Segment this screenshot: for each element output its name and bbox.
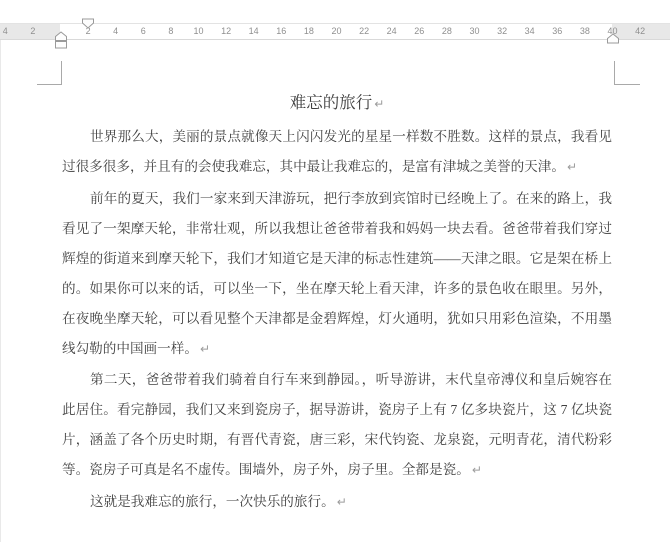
ruler-label: 22 <box>359 24 369 39</box>
paragraph-mark-icon: ↵ <box>567 160 577 174</box>
ruler-label: 26 <box>414 24 424 39</box>
ruler-label: 20 <box>331 24 341 39</box>
ruler-label: 36 <box>552 24 562 39</box>
text-line[interactable]: 此居住。看完静园，我们又来到瓷房子，据导游讲，瓷房子上有 7 亿多块瓷片，这 7… <box>62 395 612 425</box>
paragraph-mark-icon: ↵ <box>374 97 384 111</box>
text-line[interactable]: 看见了一架摩天轮，非常壮观，所以我想让爸爸带着我和妈妈一块去看。爸爸带着我们穿过 <box>62 214 612 244</box>
paragraph-mark-icon: ↵ <box>337 495 347 509</box>
paragraph: 前年的夏天，我们一家来到天津游玩，把行李放到宾馆时已经晚上了。在来的路上，我看见… <box>62 184 612 364</box>
paragraph-mark-icon: ↵ <box>200 342 210 356</box>
ruler-label: 8 <box>168 24 173 39</box>
text-line[interactable]: 世界那么大，美丽的景点就像天上闪闪发光的星星一样数不胜数。这样的景点，我看见 <box>62 122 612 152</box>
ruler-label: 18 <box>304 24 314 39</box>
word-document-window: 4224681012141618202224262830323436384042… <box>0 0 670 542</box>
text-line[interactable]: 片，涵盖了各个历史时期，有晋代青瓷，唐三彩，宋代钧瓷、龙泉瓷，元明青花，清代粉彩 <box>62 425 612 455</box>
text-line[interactable]: 前年的夏天，我们一家来到天津游玩，把行李放到宾馆时已经晚上了。在来的路上，我 <box>62 184 612 214</box>
left-indent-marker <box>55 42 66 49</box>
ruler-label: 30 <box>469 24 479 39</box>
text-line[interactable]: 过很多很多，并且有的会使我难忘，其中最让我难忘的，是富有津城之美誉的天津。↵ <box>62 152 612 182</box>
hanging-indent-marker[interactable] <box>54 31 68 49</box>
paragraph: 这就是我难忘的旅行，一次快乐的旅行。↵ <box>62 487 612 517</box>
text-line[interactable]: 线勾勒的中国画一样。↵ <box>62 334 612 364</box>
ruler-label: 12 <box>221 24 231 39</box>
document-title[interactable]: 难忘的旅行↵ <box>62 88 612 119</box>
title-text: 难忘的旅行 <box>290 93 373 112</box>
page-left-edge <box>0 23 1 542</box>
text-line[interactable]: 第二天，爸爸带着我们骑着自行车来到静园。，听导游讲，末代皇帝溥仪和皇后婉容在 <box>62 365 612 395</box>
ruler-label: 4 <box>113 24 118 39</box>
paragraph-mark-icon: ↵ <box>472 463 482 477</box>
ruler-label: 14 <box>249 24 259 39</box>
ruler-label: 16 <box>276 24 286 39</box>
ruler-label: 4 <box>3 24 8 39</box>
ruler-label: 24 <box>387 24 397 39</box>
text-line[interactable]: 这就是我难忘的旅行，一次快乐的旅行。↵ <box>62 487 612 517</box>
ruler-label: 6 <box>141 24 146 39</box>
ruler-label: 32 <box>497 24 507 39</box>
ruler-label: 28 <box>442 24 452 39</box>
text-line[interactable]: 等。瓷房子可真是名不虚传。围墙外，房子外，房子里。全都是瓷。↵ <box>62 455 612 485</box>
crop-mark-top-right <box>608 58 648 90</box>
text-line[interactable]: 辉煌的街道来到摩天轮下，我们才知道它是天津的标志性建筑——天津之眼。它是架在桥上 <box>62 244 612 274</box>
text-line[interactable]: 在夜晚坐摩天轮，可以看见整个天津都是金碧辉煌，灯火通明，犹如只用彩色渲染，不用墨 <box>62 304 612 334</box>
document-body: 世界那么大，美丽的景点就像天上闪闪发光的星星一样数不胜数。这样的景点，我看见过很… <box>62 122 612 517</box>
horizontal-ruler[interactable]: 4224681012141618202224262830323436384042 <box>0 23 670 40</box>
ruler-label: 34 <box>525 24 535 39</box>
crop-mark-top-left <box>30 58 70 90</box>
ruler-label: 38 <box>580 24 590 39</box>
text-line[interactable]: 的。如果你可以来的话，可以坐一下，坐在摩天轮上看天津，许多的景色收在眼里。另外， <box>62 274 612 304</box>
ruler-label: 2 <box>30 24 35 39</box>
paragraph: 世界那么大，美丽的景点就像天上闪闪发光的星星一样数不胜数。这样的景点，我看见过很… <box>62 122 612 182</box>
document-page[interactable]: 难忘的旅行↵ 世界那么大，美丽的景点就像天上闪闪发光的星星一样数不胜数。这样的景… <box>62 88 612 518</box>
paragraph: 第二天，爸爸带着我们骑着自行车来到静园。，听导游讲，末代皇帝溥仪和皇后婉容在此居… <box>62 365 612 485</box>
ruler-label: 10 <box>193 24 203 39</box>
right-indent-marker[interactable] <box>606 33 620 44</box>
ruler-label: 42 <box>635 24 645 39</box>
first-line-indent-marker[interactable] <box>81 18 95 29</box>
